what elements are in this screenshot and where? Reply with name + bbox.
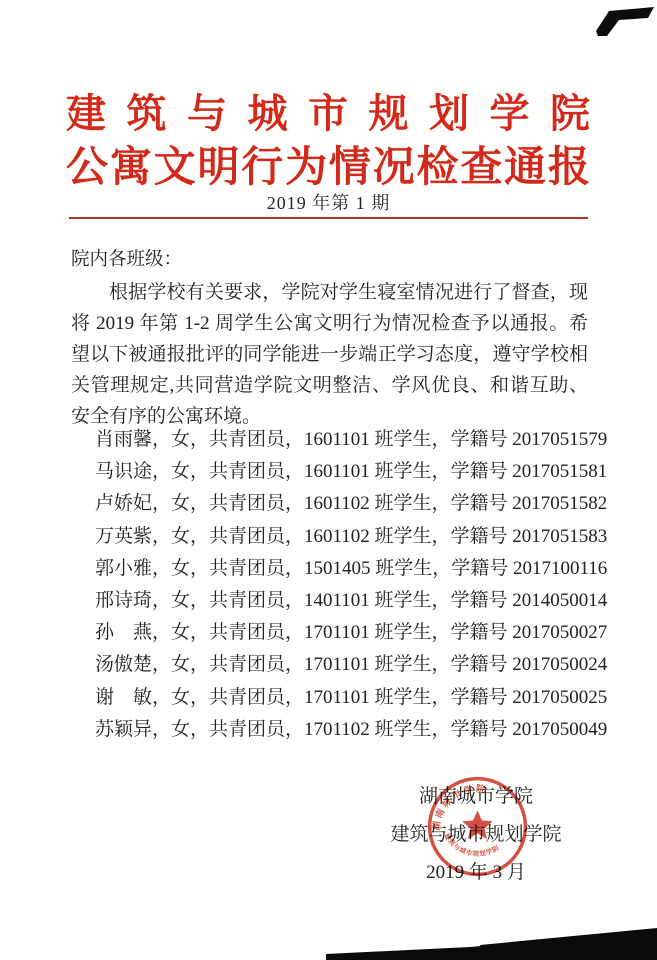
student-row: 卢娇妃，女，共青团员，1601102 班学生，学籍号 2017051582 bbox=[95, 488, 595, 520]
scan-artifact-top-right bbox=[594, 5, 656, 37]
student-row: 孙 燕，女，共青团员，1701101 班学生，学籍号 2017050027 bbox=[95, 617, 595, 649]
student-row: 马识途，女，共青团员，1601101 班学生，学籍号 2017051581 bbox=[95, 456, 595, 488]
red-separator-rule bbox=[69, 217, 588, 219]
notice-title-line1: 建筑与城市规划学院 bbox=[66, 82, 590, 139]
scanned-notice-page: 建筑与城市规划学院 公寓文明行为情况检查通报 2019 年第 1 期 院内各班级… bbox=[0, 0, 657, 960]
scan-artifact-bottom-bar bbox=[320, 925, 657, 960]
notice-title-line2: 公寓文明行为情况检查通报 bbox=[66, 134, 590, 194]
student-row: 汤傲楚，女，共青团员，1701101 班学生，学籍号 2017050024 bbox=[95, 649, 595, 681]
issue-number: 2019 年第 1 期 bbox=[0, 189, 657, 215]
student-row: 谢 敏，女，共青团员，1701101 班学生，学籍号 2017050025 bbox=[95, 682, 595, 714]
student-row: 苏颖异，女，共青团员，1701102 班学生，学籍号 2017050049 bbox=[95, 714, 595, 746]
official-seal-stamp: 湖南城市学院 建筑与城市规划学院 bbox=[426, 775, 529, 878]
student-row: 邢诗琦，女，共青团员，1401101 班学生，学籍号 2014050014 bbox=[95, 585, 595, 617]
salutation: 院内各班级： bbox=[71, 245, 182, 271]
student-row: 万英紫，女，共青团员，1601102 班学生，学籍号 2017051583 bbox=[95, 521, 595, 553]
star-icon bbox=[462, 811, 492, 840]
body-paragraph: 根据学校有关要求，学院对学生寝室情况进行了督查，现将 2019 年第 1-2 周… bbox=[71, 277, 588, 432]
student-list: 肖雨馨，女，共青团员，1601101 班学生，学籍号 2017051579 马识… bbox=[95, 424, 595, 746]
student-row: 肖雨馨，女，共青团员，1601101 班学生，学籍号 2017051579 bbox=[95, 424, 595, 456]
student-row: 郭小雅，女，共青团员，1501405 班学生，学籍号 2017100116 bbox=[95, 553, 595, 585]
